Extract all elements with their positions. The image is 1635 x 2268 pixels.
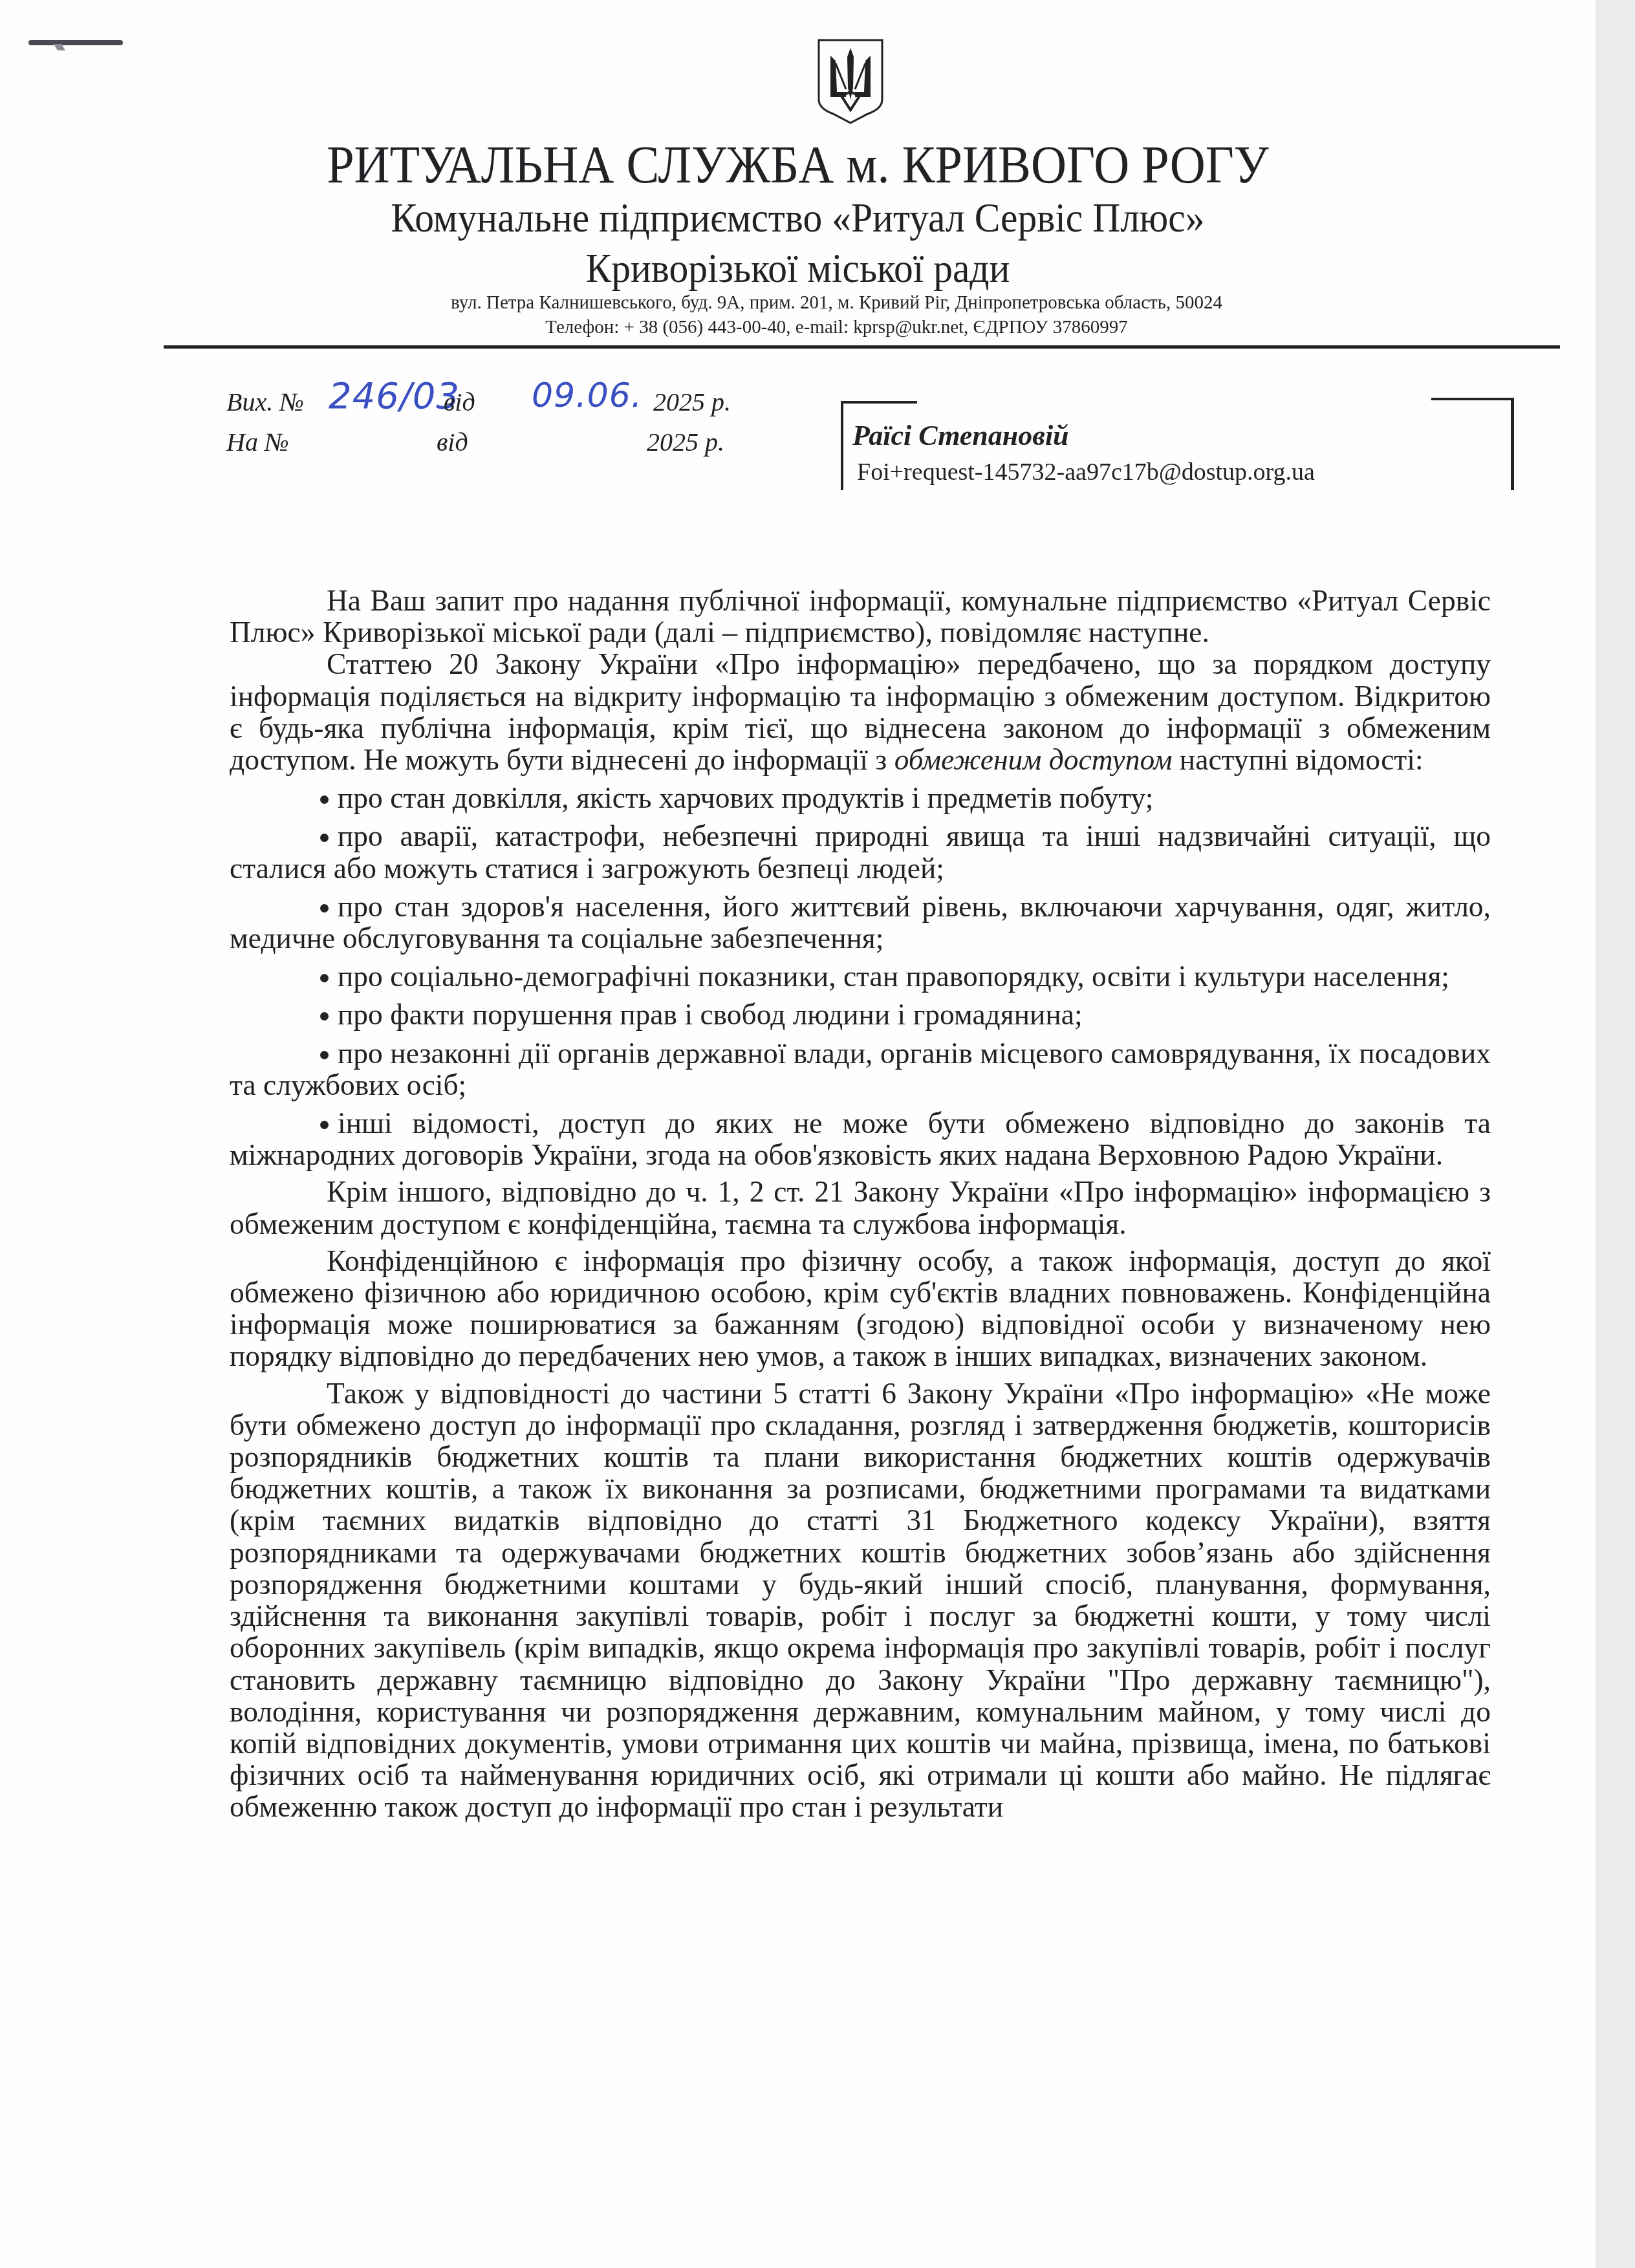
address-bracket (841, 401, 917, 404)
outgoing-number-handwritten: 246/03 (329, 375, 460, 417)
organization-contacts: Телефон: + 38 (056) 443-00-40, e-mail: k… (39, 317, 1634, 338)
bullet-icon (320, 1121, 329, 1129)
incoming-number-label: На № (226, 427, 289, 457)
bullet-icon (320, 1051, 329, 1059)
letter-body: На Ваш запит про надання публічної інфор… (230, 585, 1491, 1823)
paragraph-confidential: Конфіденційною є інформація про фізичну … (230, 1245, 1491, 1372)
organization-subtitle: Комунальне підприємство «Ритуал Сервіс П… (56, 194, 1539, 242)
address-bracket (1431, 398, 1513, 400)
list-item: про незаконні дії органів державної влад… (230, 1037, 1491, 1101)
bullet-icon (320, 974, 329, 982)
organization-title: РИТУАЛЬНА СЛУЖБА м. КРИВОГО РОГУ (56, 135, 1539, 195)
paragraph-article-21: Крім іншого, відповідно до ч. 1, 2 ст. 2… (230, 1176, 1491, 1239)
address-bracket (841, 401, 843, 490)
list-item: про факти порушення прав і свобод людини… (230, 999, 1491, 1030)
bullet-icon (320, 904, 329, 913)
recipient-name: Раїсі Степановій (852, 419, 1069, 452)
paragraph-intro: На Ваш запит про надання публічної інфор… (230, 585, 1491, 648)
organization-council: Криворізької міської ради (56, 244, 1539, 292)
outgoing-date-handwritten: 09.06. (532, 376, 642, 415)
list-item: про стан здоров'я населення, його життєв… (230, 891, 1491, 954)
bullet-icon (320, 1012, 329, 1021)
outgoing-year: 2025 р. (653, 387, 731, 417)
incoming-year: 2025 р. (647, 427, 724, 457)
coat-of-arms-icon (816, 38, 885, 125)
incoming-from-label: від (437, 427, 468, 457)
list-item: про аварії, катастрофи, небезпечні приро… (230, 820, 1491, 883)
recipient-email: Foi+request-145732-aa97c17b@dostup.org.u… (857, 458, 1315, 486)
organization-address: вул. Петра Калнишевського, буд. 9А, прим… (39, 292, 1634, 314)
outgoing-from-label: від (444, 387, 475, 417)
paragraph-article-6: Також у відповідності до частини 5 статт… (230, 1377, 1491, 1823)
header-divider (164, 345, 1560, 349)
list-item: про соціально-демографічні показники, ст… (230, 960, 1491, 992)
list-item: про стан довкілля, якість харчових проду… (230, 782, 1491, 814)
outgoing-number-label: Вих. № (226, 387, 304, 417)
letter-page: РИТУАЛЬНА СЛУЖБА м. КРИВОГО РОГУ Комунал… (0, 0, 1596, 2268)
paragraph-article-20: Статтею 20 Закону України «Про інформаці… (230, 648, 1491, 775)
address-bracket (1511, 398, 1514, 490)
list-item: інші відомості, доступ до яких не може б… (230, 1107, 1491, 1171)
bullet-icon (320, 795, 329, 804)
bullet-icon (320, 834, 329, 842)
staple-mark (28, 40, 123, 45)
